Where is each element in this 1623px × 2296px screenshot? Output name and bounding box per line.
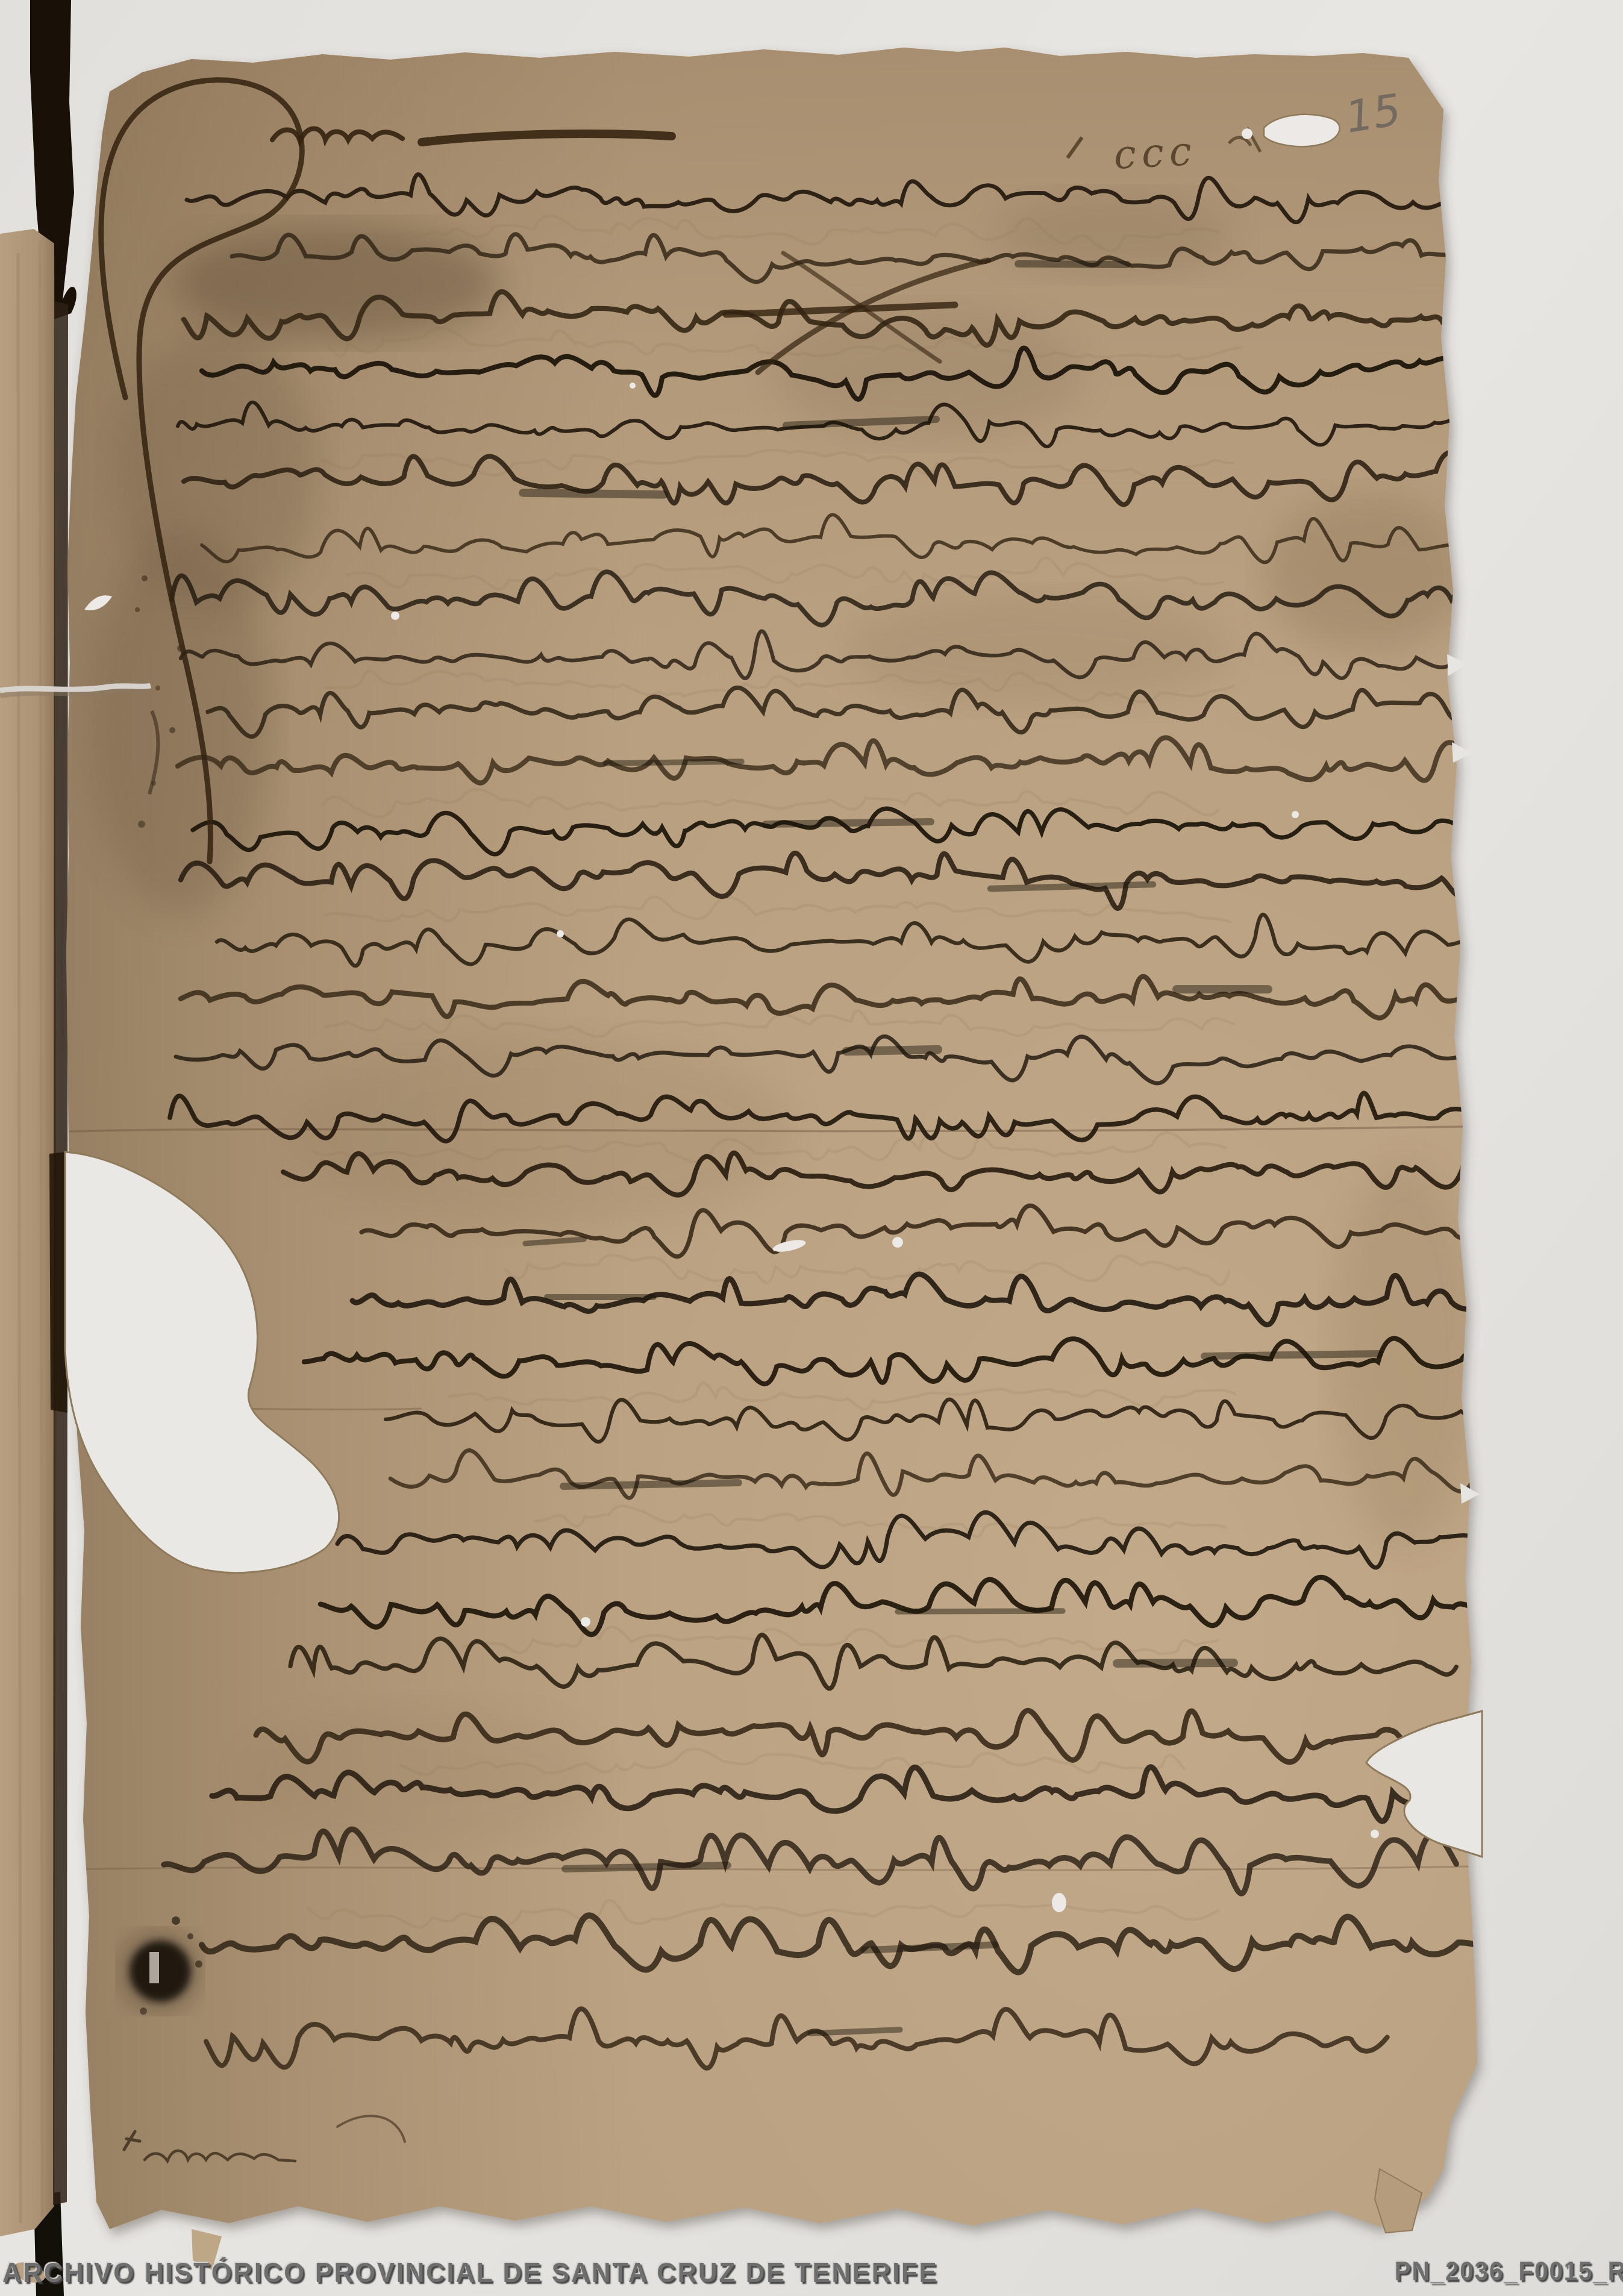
manuscript-scan-image: ccc 15 xyxy=(0,0,1623,2296)
foliation-text: ccc xyxy=(1113,128,1198,178)
manuscript-scan: ccc 15 xyxy=(0,0,1623,2296)
page-shading: ccc xyxy=(48,24,1513,2253)
pencil-folio-number: 15 xyxy=(1342,84,1405,142)
adjacent-folio-edge xyxy=(0,229,56,2236)
